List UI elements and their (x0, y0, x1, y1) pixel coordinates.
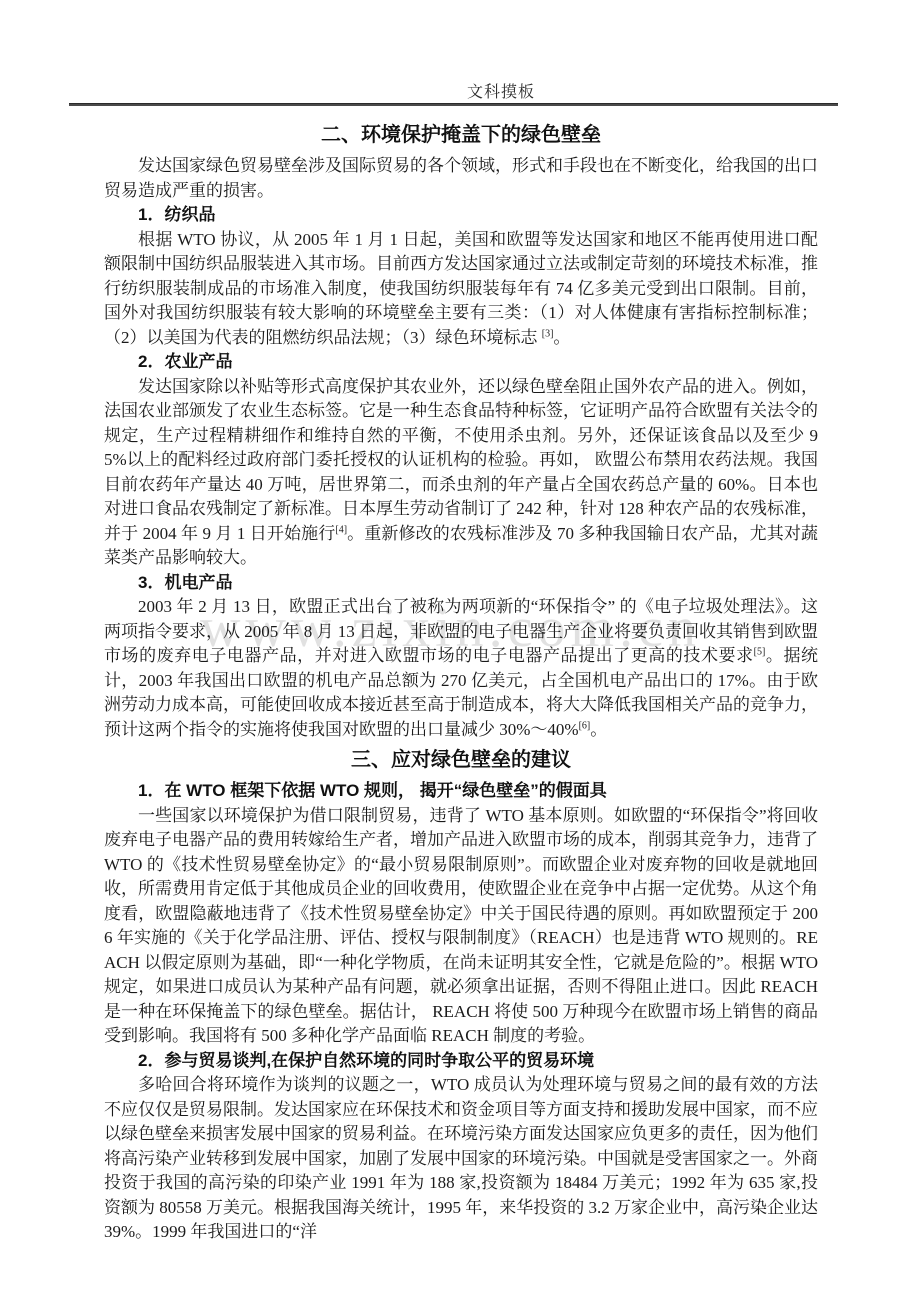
footnote-reference: [4] (335, 524, 347, 535)
page-header-title: 文科摸板 (0, 83, 920, 103)
paragraph-text: 根据 WTO 协议，从 2005 年 1 月 1 日起，美国和欧盟等发达国家和地… (104, 230, 818, 347)
paragraph: 根据 WTO 协议，从 2005 年 1 月 1 日起，美国和欧盟等发达国家和地… (104, 228, 818, 351)
header-rule (69, 103, 838, 106)
paragraph: 多哈回合将环境作为谈判的议题之一，WTO 成员认为处理环境与贸易之间的最有效的方… (104, 1073, 818, 1245)
paragraph: 2003 年 2 月 13 日，欧盟正式出台了被称为两项新的“环保指令” 的《电… (104, 595, 818, 742)
sub-heading: 3．机电产品 (104, 571, 818, 596)
sub-heading: 1．在 WTO 框架下依据 WTO 规则， 揭开“绿色壁垒”的假面具 (104, 779, 818, 804)
paragraph-text: 多哈回合将环境作为谈判的议题之一，WTO 成员认为处理环境与贸易之间的最有效的方… (104, 1075, 818, 1241)
paragraph-text: 2003 年 2 月 13 日，欧盟正式出台了被称为两项新的“环保指令” 的《电… (104, 597, 818, 665)
document-body: 二、环境保护掩盖下的绿色壁垒发达国家绿色贸易壁垒涉及国际贸易的各个领域，形式和手… (104, 117, 818, 1245)
paragraph: 发达国家除以补贴等形式高度保护其农业外，还以绿色壁垒阻止国外农产品的进入。例如，… (104, 375, 818, 571)
page: 文科摸板 www.zixin.com.cn 二、环境保护掩盖下的绿色壁垒发达国家… (0, 0, 920, 1302)
footnote-reference: [3] (542, 328, 554, 339)
footnote-reference: [6] (579, 720, 591, 731)
paragraph-text: 。 (590, 720, 607, 739)
sub-heading: 1．纺织品 (104, 203, 818, 228)
section-heading: 二、环境保护掩盖下的绿色壁垒 (104, 117, 818, 154)
section-heading: 三、应对绿色壁垒的建议 (104, 742, 818, 779)
paragraph: 一些国家以环境保护为借口限制贸易，违背了 WTO 基本原则。如欧盟的“环保指令”… (104, 804, 818, 1049)
sub-heading: 2．参与贸易谈判,在保护自然环境的同时争取公平的贸易环境 (104, 1049, 818, 1074)
paragraph-text: 。 (553, 328, 570, 347)
footnote-reference: [5] (754, 646, 766, 657)
scanned-document-page: { "page": { "header_text": "文科摸板", "wate… (0, 0, 920, 1302)
paragraph-text: 发达国家除以补贴等形式高度保护其农业外，还以绿色壁垒阻止国外农产品的进入。例如，… (104, 377, 818, 543)
paragraph-text: 发达国家绿色贸易壁垒涉及国际贸易的各个领域，形式和手段也在不断变化，给我国的出口… (104, 156, 818, 200)
paragraph: 发达国家绿色贸易壁垒涉及国际贸易的各个领域，形式和手段也在不断变化，给我国的出口… (104, 154, 818, 203)
paragraph-text: 一些国家以环境保护为借口限制贸易，违背了 WTO 基本原则。如欧盟的“环保指令”… (104, 806, 818, 1046)
sub-heading: 2．农业产品 (104, 350, 818, 375)
